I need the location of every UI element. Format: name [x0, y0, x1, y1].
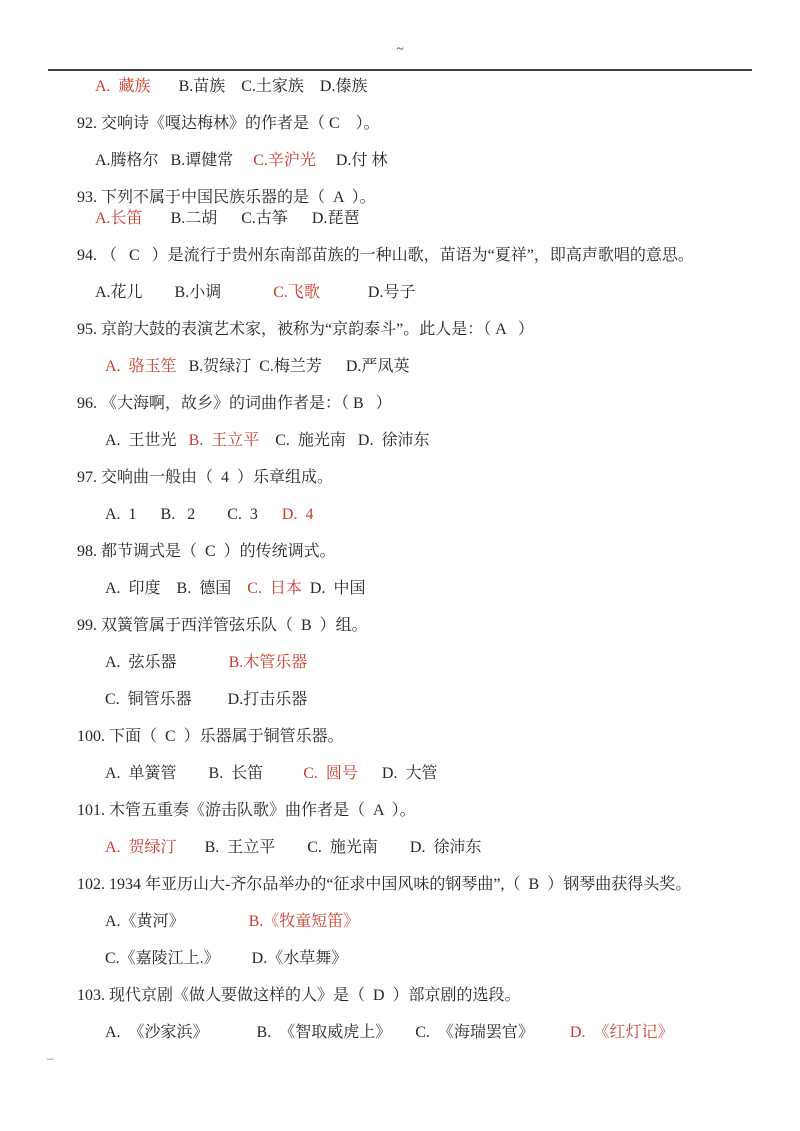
question-line: 98. 都节调式是（ C ）的传统调式。: [0, 541, 800, 562]
text-segment: 97. 交响曲一般由（ 4 ）乐章组成。: [77, 469, 333, 486]
text-segment: 92. 交响诗《嘎达梅林》的作者是（ C ）。: [77, 115, 380, 132]
options-line: C. 铜管乐器 D.打击乐器: [0, 689, 800, 710]
options-line: A.花儿 B.小调 C.飞歌 D.号子: [0, 282, 800, 303]
question-line: 95. 京韵大鼓的表演艺术家，被称为“京韵泰斗”。此人是：（ A ）: [0, 319, 800, 340]
text-segment: B. 王立平 C. 施光南 D. 徐沛东: [177, 839, 482, 856]
options-line: A. 《沙家浜》 B. 《智取威虎上》 C. 《海瑞罢官》 D. 《红灯记》: [0, 1022, 800, 1043]
text-segment: 103. 现代京剧《做人要做这样的人》是（ D ）部京剧的选段。: [77, 987, 521, 1004]
question-line: 101. 木管五重奏《游击队歌》曲作者是（ A ）。: [0, 800, 800, 821]
text-segment: A. 王世光: [105, 432, 189, 449]
text-segment: D. 中国: [302, 580, 366, 597]
text-segment: A. 1 B. 2 C. 3: [105, 506, 282, 523]
text-segment: A.《黄河》: [105, 913, 249, 930]
text-segment: D. 大管: [358, 765, 438, 782]
question-line: 94. （ C ）是流行于贵州东南部苗族的一种山歌，苗语为“夏祥”，即高声歌唱的…: [0, 245, 800, 266]
options-line: A. 印度 B. 德国 C. 日本 D. 中国: [0, 578, 800, 599]
correct-answer-text: B.《牧童短笛》: [249, 913, 360, 930]
correct-answer-text: C.辛沪光: [253, 152, 316, 169]
text-segment: D.号子: [320, 284, 416, 301]
page-header-mark: ~: [0, 0, 800, 58]
text-segment: B.二胡 C.古筝 D.琵琶: [143, 210, 360, 227]
options-line: A. 贺绿汀 B. 王立平 C. 施光南 D. 徐沛东: [0, 837, 800, 858]
text-segment: 99. 双簧管属于西洋管弦乐队（ B ）组。: [77, 617, 368, 634]
options-line: A.长笛 B.二胡 C.古筝 D.琵琶: [0, 208, 800, 229]
options-line: A. 弦乐器 B.木管乐器: [0, 652, 800, 673]
options-line: A. 骆玉笙 B.贺绿汀 C.梅兰芳 D.严凤英: [0, 356, 800, 377]
question-line: 92. 交响诗《嘎达梅林》的作者是（ C ）。: [0, 113, 800, 134]
page-footer-mark: ~~: [0, 1056, 800, 1064]
options-line: C.《嘉陵江上.》 D.《水草舞》: [0, 948, 800, 969]
text-segment: A. 《沙家浜》 B. 《智取威虎上》 C. 《海瑞罢官》: [105, 1024, 570, 1041]
correct-answer-text: A. 骆玉笙: [105, 358, 177, 375]
text-segment: D.付 林: [316, 152, 388, 169]
question-list: A. 藏族 B.苗族 C.土家族 D.傣族92. 交响诗《嘎达梅林》的作者是（ …: [0, 76, 800, 1043]
correct-answer-text: B.木管乐器: [229, 654, 308, 671]
options-line: A. 1 B. 2 C. 3 D. 4: [0, 504, 800, 525]
correct-answer-text: C. 日本: [247, 580, 302, 597]
text-segment: 102. 1934 年亚历山大-齐尔品举办的“征求中国风味的钢琴曲”,（ B ）…: [77, 876, 691, 893]
text-segment: 93. 下列不属于中国民族乐器的是（ A ）。: [77, 189, 376, 206]
text-segment: A. 弦乐器: [105, 654, 229, 671]
question-line: 103. 现代京剧《做人要做这样的人》是（ D ）部京剧的选段。: [0, 985, 800, 1006]
correct-answer-text: A.长笛: [95, 210, 143, 227]
text-segment: A.花儿 B.小调: [95, 284, 273, 301]
question-line: 100. 下面（ C ）乐器属于铜管乐器。: [0, 726, 800, 747]
text-segment: 95. 京韵大鼓的表演艺术家，被称为“京韵泰斗”。此人是：（ A ）: [77, 321, 534, 338]
options-line: A.《黄河》 B.《牧童短笛》: [0, 911, 800, 932]
text-segment: C. 铜管乐器 D.打击乐器: [105, 691, 307, 708]
options-line: A.腾格尔 B.谭健常 C.辛沪光 D.付 林: [0, 150, 800, 171]
document-page: ~ A. 藏族 B.苗族 C.土家族 D.傣族92. 交响诗《嘎达梅林》的作者是…: [0, 0, 800, 1064]
options-line: A. 藏族 B.苗族 C.土家族 D.傣族: [0, 76, 800, 97]
correct-answer-text: C.飞歌: [273, 284, 320, 301]
correct-answer-text: A. 藏族: [95, 78, 151, 95]
text-segment: B.贺绿汀 C.梅兰芳 D.严凤英: [177, 358, 410, 375]
text-segment: 96. 《大海啊，故乡》的词曲作者是：（ B ）: [77, 395, 392, 412]
correct-answer-text: D. 《红灯记》: [570, 1024, 674, 1041]
text-segment: B.苗族 C.土家族 D.傣族: [151, 78, 368, 95]
header-rule: [48, 69, 752, 71]
correct-answer-text: A. 贺绿汀: [105, 839, 177, 856]
question-line: 96. 《大海啊，故乡》的词曲作者是：（ B ）: [0, 393, 800, 414]
options-line: A. 单簧管 B. 长笛 C. 圆号 D. 大管: [0, 763, 800, 784]
question-line: 97. 交响曲一般由（ 4 ）乐章组成。: [0, 467, 800, 488]
text-segment: 94. （ C ）是流行于贵州东南部苗族的一种山歌，苗语为“夏祥”，即高声歌唱的…: [77, 247, 694, 264]
text-segment: A. 单簧管 B. 长笛: [105, 765, 303, 782]
text-segment: A. 印度 B. 德国: [105, 580, 247, 597]
question-line: 99. 双簧管属于西洋管弦乐队（ B ）组。: [0, 615, 800, 636]
text-segment: 101. 木管五重奏《游击队歌》曲作者是（ A ）。: [77, 802, 416, 819]
correct-answer-text: D. 4: [282, 506, 314, 523]
options-line: A. 王世光 B. 王立平 C. 施光南 D. 徐沛东: [0, 430, 800, 451]
text-segment: C. 施光南 D. 徐沛东: [259, 432, 429, 449]
text-segment: 98. 都节调式是（ C ）的传统调式。: [77, 543, 336, 560]
text-segment: C.《嘉陵江上.》 D.《水草舞》: [105, 950, 347, 967]
question-line: 102. 1934 年亚历山大-齐尔品举办的“征求中国风味的钢琴曲”,（ B ）…: [0, 874, 800, 895]
correct-answer-text: B. 王立平: [189, 432, 260, 449]
text-segment: 100. 下面（ C ）乐器属于铜管乐器。: [77, 728, 344, 745]
question-line: 93. 下列不属于中国民族乐器的是（ A ）。: [0, 187, 800, 208]
correct-answer-text: C. 圆号: [303, 765, 358, 782]
text-segment: A.腾格尔 B.谭健常: [95, 152, 253, 169]
